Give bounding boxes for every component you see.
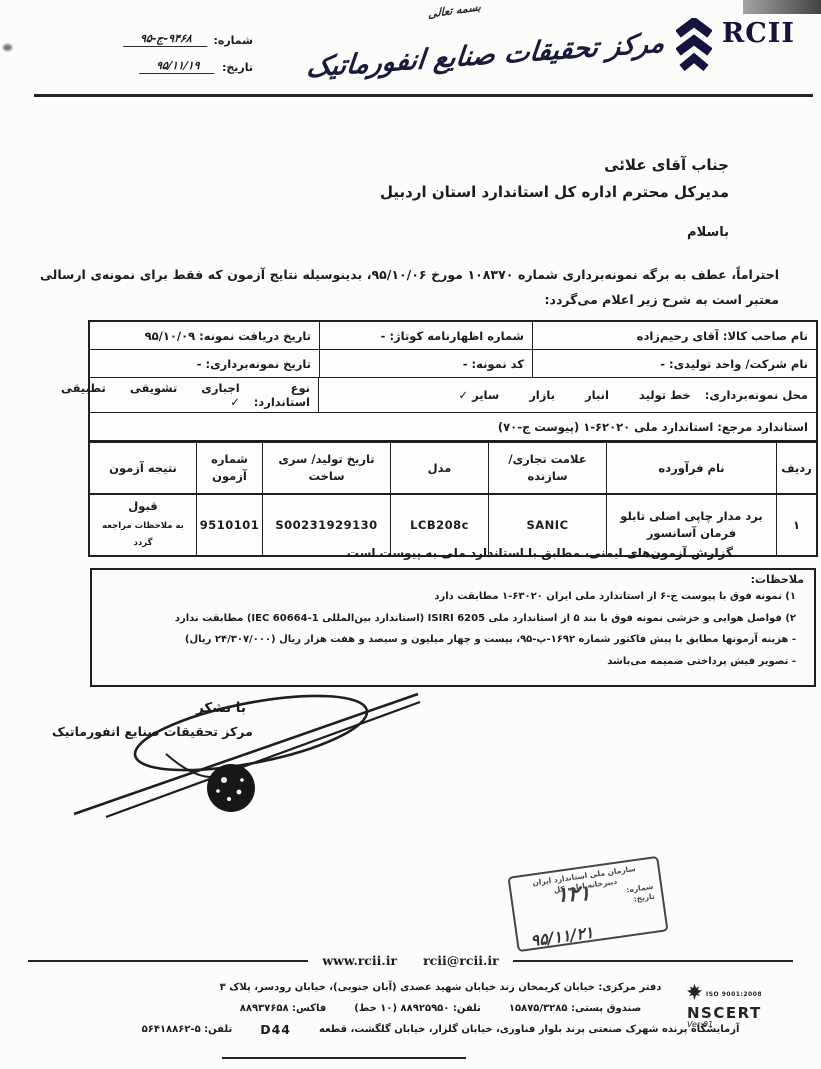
letter-date-row: تاریخ: ۹۵/۱۱/۱۹ xyxy=(38,59,253,74)
letter-number-label: شماره: xyxy=(213,34,253,47)
note-line-4: - تصویر فیش پرداختی ضمیمه می‌باشد xyxy=(102,651,804,673)
declaration-cell: شماره اظهارنامه کوتاژ: - xyxy=(319,322,532,349)
org-name-calligraphy: مرکز تحقیقات صنایع انفورماتیک xyxy=(305,13,668,83)
lab-phone: تلفن: ۵-۵۶۴۱۸۸۶۲ xyxy=(142,1019,233,1040)
sample-code-cell: کد نمونه: - xyxy=(319,350,532,377)
header-production: تاریخ تولید/ سری ساخت xyxy=(262,443,390,493)
rcii-chevrons-icon xyxy=(676,18,712,78)
sampling-place-cell: محل نمونه‌برداری: خط تولید انبار بازار س… xyxy=(318,378,816,412)
email-text: rcii@rcii.ir xyxy=(423,953,499,968)
option-mandatory-checked: اجباری ✓ xyxy=(201,381,239,409)
cell-test-no: 9510101 xyxy=(196,495,262,555)
table-row: نام صاحب کالا: آقای رحیم‌زاده شماره اظها… xyxy=(90,322,816,349)
footer-address-line-1: دفتر مرکزی: خیابان کریمخان زند خیابان شه… xyxy=(120,977,761,998)
stamp-date-handwritten: ۹۵/۱۱/۲۱ xyxy=(529,923,594,951)
notes-box: ملاحظات: ۱) نمونه فوق با پیوست ج-۶ از اس… xyxy=(90,568,816,687)
option-market: بازار xyxy=(529,388,555,402)
stamp-date-label: تاریخ: xyxy=(633,892,655,904)
signature-thanks: با تشکر xyxy=(196,700,246,716)
signature-org: مرکز تحقیقات صنایع انفورماتیک xyxy=(52,724,253,739)
addressee-title: مدیرکل محترم اداره کل استاندارد استان ار… xyxy=(380,183,729,201)
lab-address: آزمایشگاه پرنده شهرک صنعتی پرند بلوار فن… xyxy=(319,1019,739,1040)
signature-block: با تشکر مرکز تحقیقات صنایع انفورماتیک xyxy=(46,688,426,823)
rcii-brand-block: مرکز تحقیقات صنایع انفورماتیک RCII xyxy=(307,18,795,78)
note-line-2: ۲) فواصل هوایی و خزشی نمونه فوق با بند ۵… xyxy=(102,608,804,630)
salutation: باسلام xyxy=(380,225,729,240)
sampling-place-label: محل نمونه‌برداری: xyxy=(705,388,808,402)
test-result-table: ردیف نام فرآورده علامت تجاری/ سازنده مدل… xyxy=(88,441,818,557)
result-value: قبول xyxy=(128,498,157,515)
scanned-letter-page: بسمه تعالی شماره: ۹۴۶۸-ج-۹۵ تاریخ: ۹۵/۱۱… xyxy=(0,0,821,1069)
footer-address-line-2: صندوق پستی: ۱۵۸۷۵/۳۲۸۵ تلفن: ۸۸۹۲۵۹۵۰ (۱… xyxy=(120,998,761,1019)
company-cell: نام شرکت/ واحد تولیدی: - xyxy=(532,350,816,377)
header-result: نتیجه آزمون xyxy=(90,443,196,493)
round-stamp-blob xyxy=(207,764,255,812)
note-line-1: ۱) نمونه فوق با پیوست ج-۶ از استاندارد م… xyxy=(102,586,804,608)
table-row: نام شرکت/ واحد تولیدی: - کد نمونه: - تار… xyxy=(90,349,816,377)
header-brand: علامت تجاری/ سازنده xyxy=(488,443,606,493)
reference-standard-cell: استاندارد مرجع: استاندارد ملی ۶۲۰۲۰-۱ (پ… xyxy=(90,413,816,440)
standard-type-cell: نوع استاندارد: اجباری ✓ تشویقی تطبیقی xyxy=(53,378,318,412)
maple-leaf-icon xyxy=(687,984,702,1004)
lab-plot-code: D44 xyxy=(260,1019,291,1040)
cell-result: قبول به ملاحظات مراجعه گردد xyxy=(90,495,196,555)
divider-line xyxy=(28,960,308,962)
sampling-date-cell: تاریخ نمونه‌برداری: - xyxy=(90,350,319,377)
scan-corner-artifact xyxy=(743,0,821,14)
result-note: به ملاحظات مراجعه گردد xyxy=(95,518,191,552)
notes-title: ملاحظات: xyxy=(102,573,804,586)
standard-type-label: نوع استاندارد: xyxy=(254,381,310,409)
header-model: مدل xyxy=(390,443,488,493)
option-voluntary: تشویقی xyxy=(130,381,177,409)
stamp-number-handwritten: ۱۲۱ xyxy=(556,881,591,907)
footer-web-divider: www.rcii.ir rcii@rcii.ir xyxy=(28,953,793,968)
option-warehouse: انبار xyxy=(585,388,609,402)
cell-index: ۱ xyxy=(776,495,816,555)
footer-web-text: www.rcii.ir rcii@rcii.ir xyxy=(322,953,498,968)
letter-date-value: ۹۵/۱۱/۱۹ xyxy=(140,59,217,74)
scan-margin-artifact xyxy=(3,44,12,51)
po-box: صندوق پستی: ۱۵۸۷۵/۳۲۸۵ xyxy=(509,998,641,1019)
option-other-checked: سایر ✓ xyxy=(458,388,499,402)
header-index: ردیف xyxy=(776,443,816,493)
table-row: محل نمونه‌برداری: خط تولید انبار بازار س… xyxy=(90,377,816,412)
cert-logo-top: ISO 9001:2008 xyxy=(687,984,807,1004)
header-product: نام فرآورده xyxy=(606,443,776,493)
letter-number-row: شماره: ۹۴۶۸-ج-۹۵ xyxy=(38,32,253,47)
option-comparative: تطبیقی xyxy=(61,381,106,409)
option-production-line: خط تولید xyxy=(639,388,691,402)
footer-address-block: دفتر مرکزی: خیابان کریمخان زند خیابان شه… xyxy=(120,977,761,1040)
bottom-rule xyxy=(222,1057,466,1059)
addressee-name: جناب آقای علائی xyxy=(380,156,729,174)
central-office-address: دفتر مرکزی: خیابان کریمخان زند خیابان شه… xyxy=(220,977,662,998)
iso-certification-text: ISO 9001:2008 xyxy=(706,991,762,998)
sampling-place-options: خط تولید انبار بازار سایر ✓ xyxy=(458,388,690,402)
header-test-no: شماره آزمون xyxy=(196,443,262,493)
receipt-date-cell: تاریخ دریافت نمونه: ۹۵/۱۰/۰۹ xyxy=(90,322,319,349)
result-table-header-row: ردیف نام فرآورده علامت تجاری/ سازنده مدل… xyxy=(90,443,816,493)
standard-type-options: اجباری ✓ تشویقی تطبیقی xyxy=(61,381,240,409)
letter-meta: شماره: ۹۴۶۸-ج-۹۵ تاریخ: ۹۵/۱۱/۱۹ xyxy=(38,32,253,86)
divider-line xyxy=(513,960,793,962)
addressee-block: جناب آقای علائی مدیرکل محترم اداره کل اس… xyxy=(380,156,729,240)
phone: تلفن: ۸۸۹۲۵۹۵۰ (۱۰ خط) xyxy=(354,998,481,1019)
footer-address-line-3: آزمایشگاه پرنده شهرک صنعتی پرند بلوار فن… xyxy=(120,1019,761,1040)
note-line-3: - هزینه آزمونها مطابق با پیش فاکتور شمار… xyxy=(102,629,804,651)
website-text: www.rcii.ir xyxy=(322,953,397,968)
table-row: استاندارد مرجع: استاندارد ملی ۶۲۰۲۰-۱ (پ… xyxy=(90,412,816,440)
nscert-logo-block: ISO 9001:2008 NSCERT Ver:01 xyxy=(687,984,807,1029)
letter-date-label: تاریخ: xyxy=(222,61,253,74)
owner-cell: نام صاحب کالا: آقای رحیم‌زاده xyxy=(532,322,816,349)
attachment-line: گزارش آزمون‌های ایمنی، مطابق با استاندار… xyxy=(347,546,733,560)
receipt-stamp: سازمان ملی استاندارد ایران دبیرخانه ادار… xyxy=(507,856,668,952)
sample-info-table: نام صاحب کالا: آقای رحیم‌زاده شماره اظها… xyxy=(88,320,818,442)
header-divider xyxy=(34,94,813,97)
fax: فاکس: ۸۸۹۳۷۶۵۸ xyxy=(240,998,327,1019)
body-paragraph: احتراماً، عطف به برگه نمونه‌برداری شماره… xyxy=(40,262,779,312)
rcii-logo-text: RCII xyxy=(722,18,795,49)
letter-number-value: ۹۴۶۸-ج-۹۵ xyxy=(123,32,208,47)
